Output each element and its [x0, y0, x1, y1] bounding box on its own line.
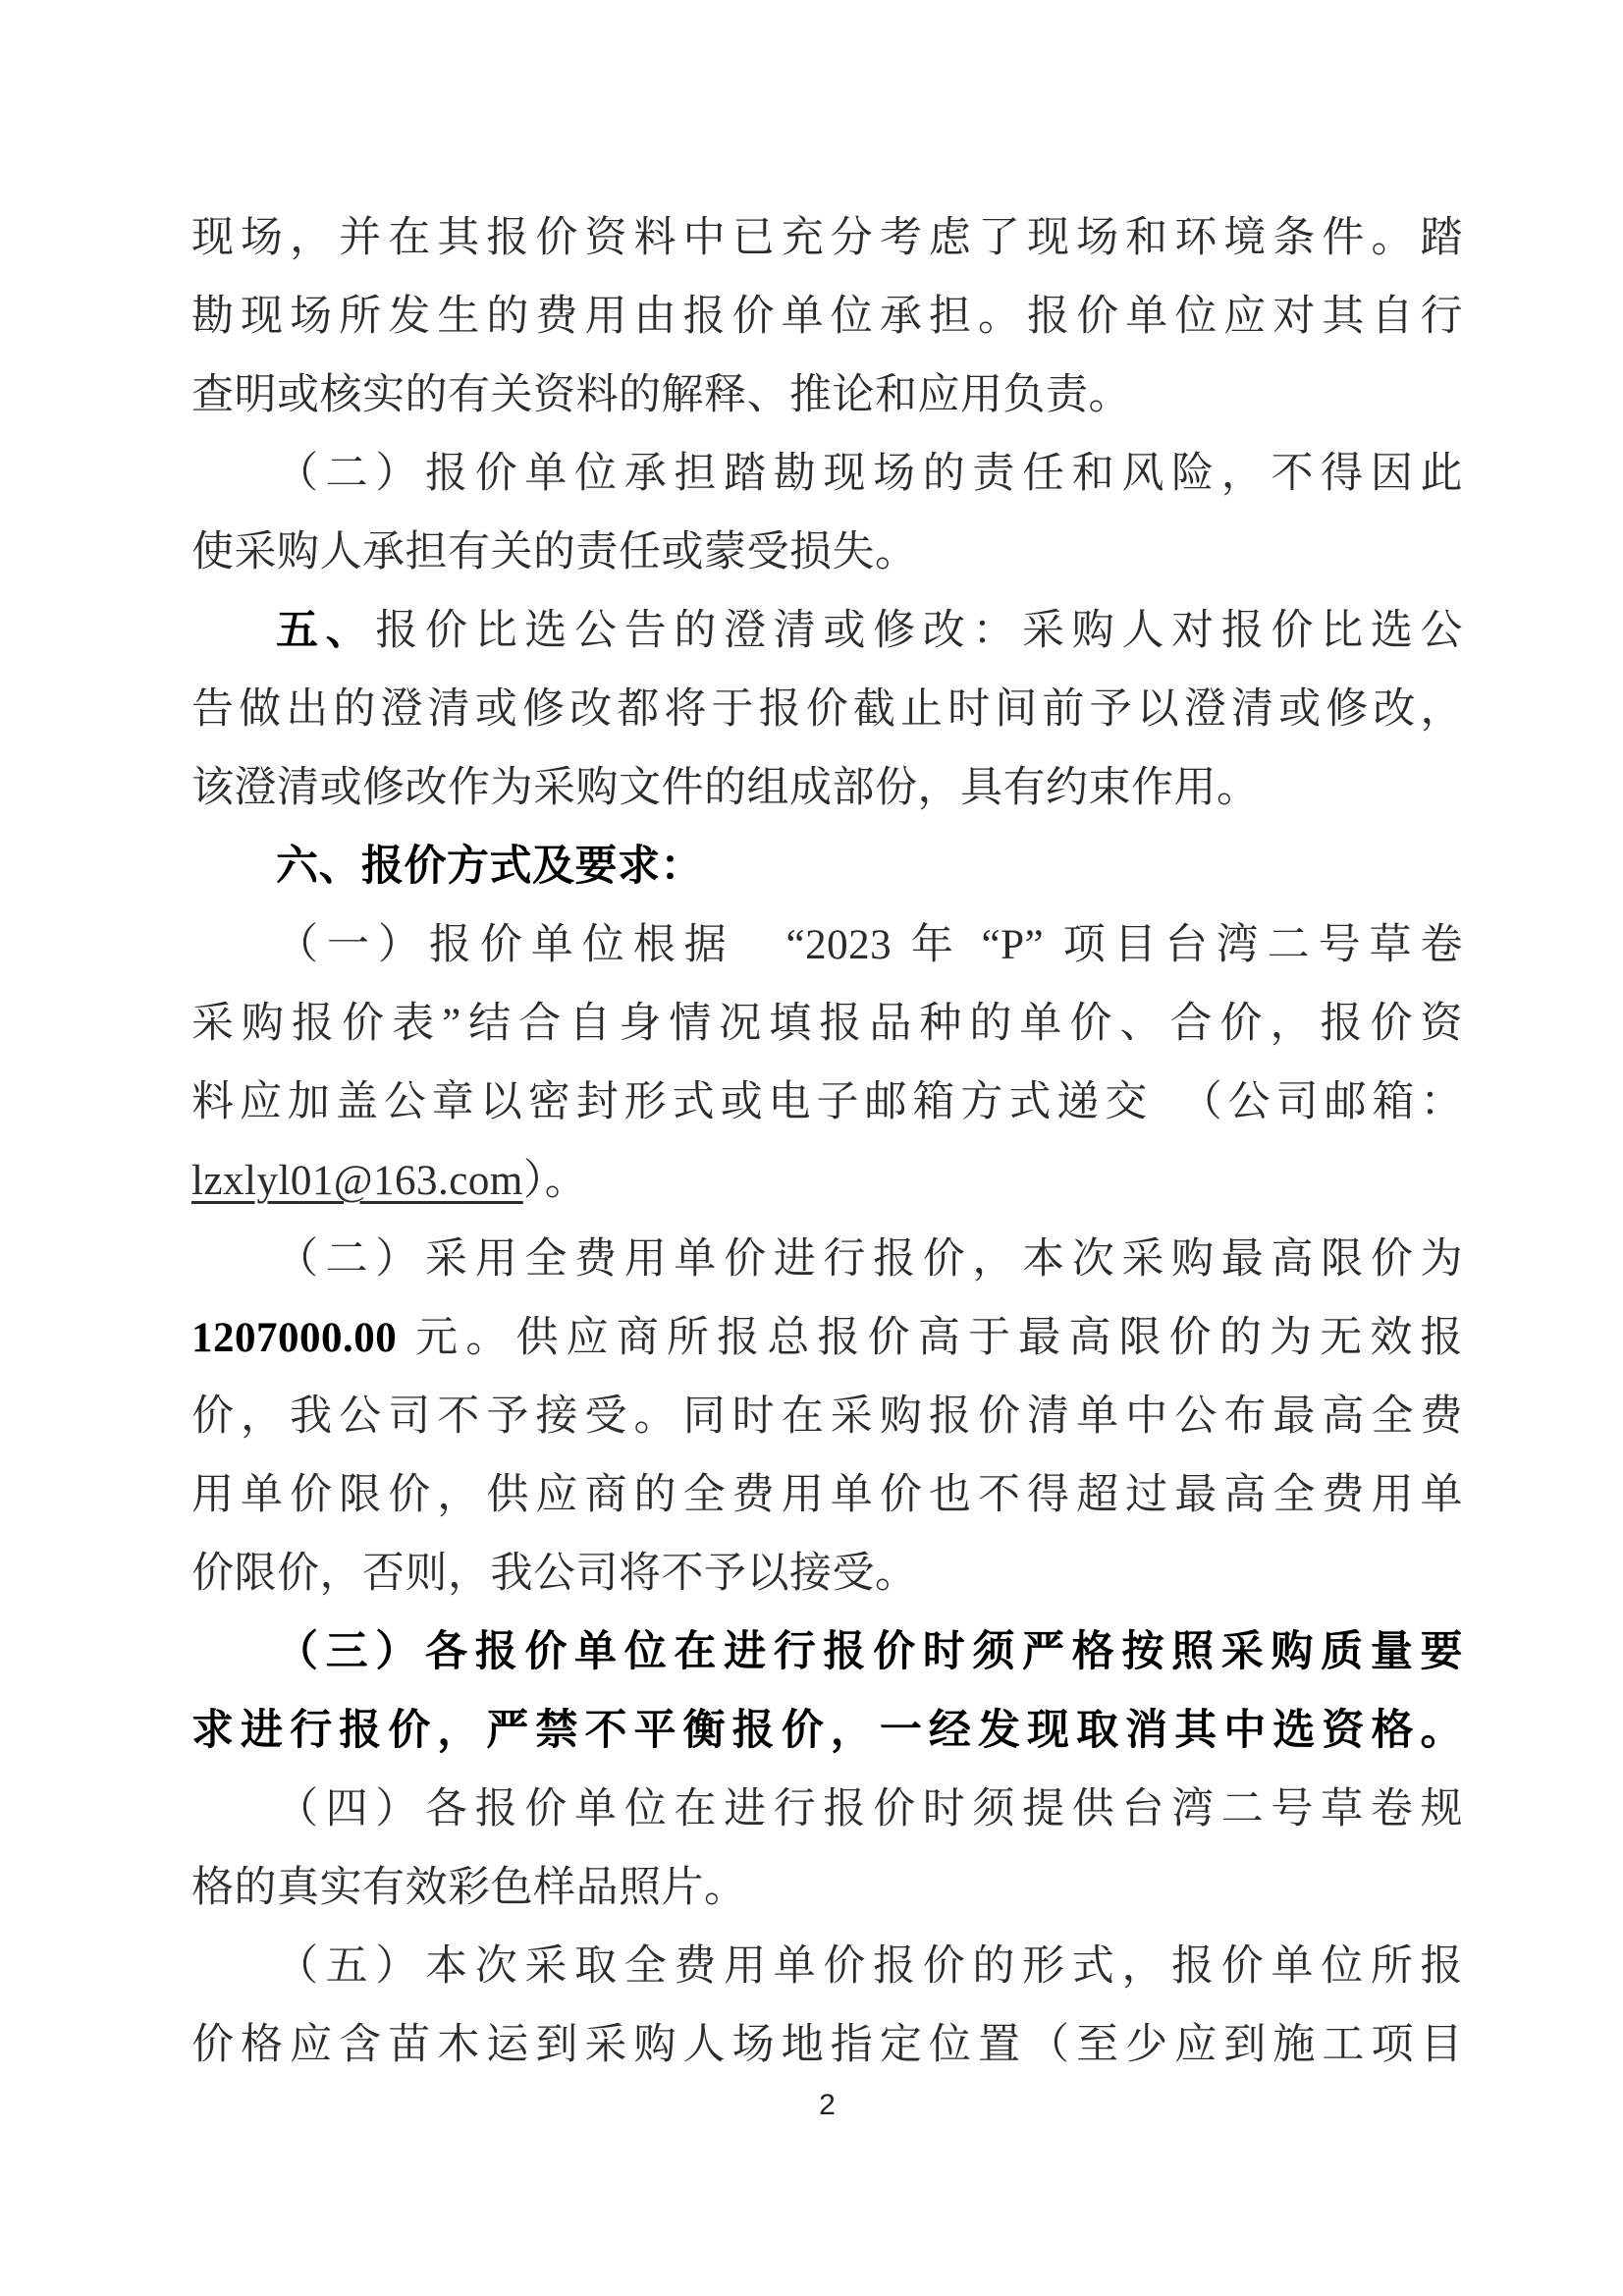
text-line: lzxlyl01@163.com）。 — [191, 1142, 1463, 1221]
text-line: 价限价，否则，我公司将不予以接受。 — [191, 1535, 1463, 1613]
body-text: 价格应含苗木运到采购人场地指定位置（至少应到施工项目 — [191, 2022, 1463, 2068]
emphasis-text: （三）各报价单位在进行报价时须严格按照采购质量要 — [276, 1629, 1463, 1675]
body-text: （二）采用全费用单价进行报价，本次采购最高限价为 — [276, 1236, 1463, 1283]
email-text: lzxlyl01@163.com — [191, 1158, 523, 1204]
text-line: 查明或核实的有关资料的解释、推论和应用负责。 — [191, 356, 1463, 435]
body-text: （五）本次采取全费用单价报价的形式，报价单位所报 — [276, 1943, 1463, 1990]
body-text: 价，我公司不予接受。同时在采购报价清单中公布最高全费 — [191, 1394, 1463, 1440]
body-text: 格的真实有效彩色样品照片。 — [191, 1865, 747, 1911]
text-line: 告做出的澄清或修改都将于报价截止时间前予以澄清或修改， — [191, 671, 1463, 749]
text-line: 1207000.00 元。供应商所报总报价高于最高限价的为无效报 — [191, 1299, 1463, 1378]
body-text: （一）报价单位根据 “2023 年 “P” 项目台湾二号草卷 — [276, 922, 1463, 968]
body-text: 用单价限价，供应商的全费用单价也不得超过最高全费用单 — [191, 1472, 1463, 1518]
body-text: 元。供应商所报总报价高于最高限价的为无效报 — [397, 1315, 1463, 1361]
body-text: 报价比选公告的澄清或修改：采购人对报价比选公 — [375, 608, 1463, 654]
body-text: 料应加盖公章以密封形式或电子邮箱方式递交 （公司邮箱： — [191, 1079, 1463, 1125]
text-line: 格的真实有效彩色样品照片。 — [191, 1849, 1463, 1928]
emphasis-text: 五、 — [276, 608, 375, 654]
text-line: 价，我公司不予接受。同时在采购报价清单中公布最高全费 — [191, 1378, 1463, 1456]
text-line: 料应加盖公章以密封形式或电子邮箱方式递交 （公司邮箱： — [191, 1064, 1463, 1142]
text-line: 采购报价表”结合自身情况填报品种的单价、合价，报价资 — [191, 985, 1463, 1064]
body-text: 现场，并在其报价资料中已充分考虑了现场和环境条件。踏 — [191, 215, 1463, 261]
body-text: 告做出的澄清或修改都将于报价截止时间前予以澄清或修改， — [191, 686, 1463, 733]
text-line: 六、报价方式及要求： — [191, 828, 1463, 906]
text-line: 勘现场所发生的费用由报价单位承担。报价单位应对其自行 — [191, 278, 1463, 356]
text-line: 价格应含苗木运到采购人场地指定位置（至少应到施工项目 — [191, 2006, 1463, 2085]
text-line: （四）各报价单位在进行报价时须提供台湾二号草卷规 — [191, 1771, 1463, 1849]
body-text: 勘现场所发生的费用由报价单位承担。报价单位应对其自行 — [191, 294, 1463, 340]
body-text: （二）报价单位承担踏勘现场的责任和风险，不得因此 — [276, 451, 1463, 497]
body-text: 使采购人承担有关的责任或蒙受损失。 — [191, 529, 918, 575]
text-line: （五）本次采取全费用单价报价的形式，报价单位所报 — [191, 1928, 1463, 2006]
body-text: ）。 — [523, 1158, 588, 1204]
text-line: （三）各报价单位在进行报价时须严格按照采购质量要 — [191, 1613, 1463, 1692]
text-line: 求进行报价，严禁不平衡报价，一经发现取消其中选资格。 — [191, 1692, 1463, 1771]
body-text: 该澄清或修改作为采购文件的组成部份，具有约束作用。 — [191, 765, 1260, 811]
document-body: 现场，并在其报价资料中已充分考虑了现场和环境条件。踏勘现场所发生的费用由报价单位… — [191, 199, 1463, 2085]
text-line: 该澄清或修改作为采购文件的组成部份，具有约束作用。 — [191, 749, 1463, 828]
body-text: 采购报价表”结合自身情况填报品种的单价、合价，报价资 — [191, 1001, 1463, 1047]
body-text: （四）各报价单位在进行报价时须提供台湾二号草卷规 — [276, 1786, 1463, 1832]
emphasis-text: 1207000.00 — [191, 1315, 397, 1361]
text-line: （一）报价单位根据 “2023 年 “P” 项目台湾二号草卷 — [191, 906, 1463, 985]
emphasis-text: 六、报价方式及要求： — [276, 844, 703, 890]
text-line: （二）采用全费用单价进行报价，本次采购最高限价为 — [191, 1221, 1463, 1299]
text-line: 用单价限价，供应商的全费用单价也不得超过最高全费用单 — [191, 1456, 1463, 1535]
body-text: 价限价，否则，我公司将不予以接受。 — [191, 1551, 918, 1597]
emphasis-text: 求进行报价，严禁不平衡报价，一经发现取消其中选资格。 — [191, 1708, 1463, 1754]
page-number: 2 — [191, 2088, 1463, 2123]
body-text: 查明或核实的有关资料的解释、推论和应用负责。 — [191, 372, 1131, 418]
text-line: 五、报价比选公告的澄清或修改：采购人对报价比选公 — [191, 592, 1463, 671]
text-line: （二）报价单位承担踏勘现场的责任和风险，不得因此 — [191, 435, 1463, 514]
text-line: 现场，并在其报价资料中已充分考虑了现场和环境条件。踏 — [191, 199, 1463, 278]
text-line: 使采购人承担有关的责任或蒙受损失。 — [191, 514, 1463, 592]
